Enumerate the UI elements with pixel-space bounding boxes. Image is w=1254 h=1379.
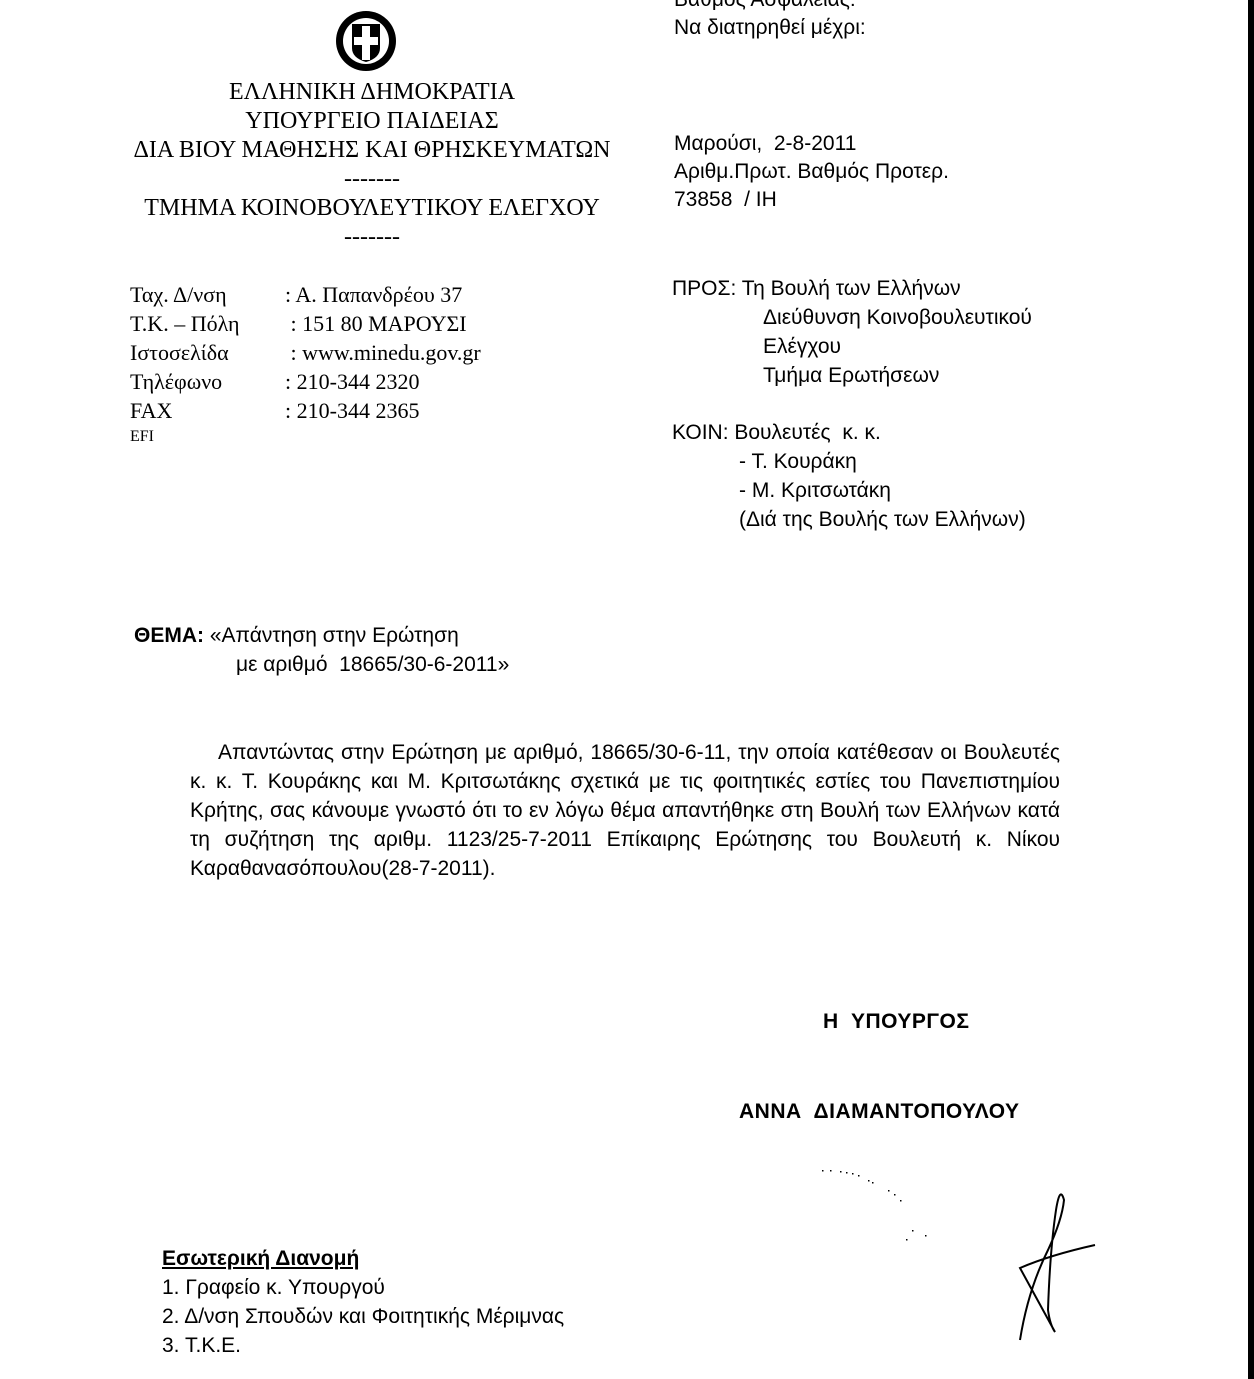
to-line: Ελέγχου — [672, 332, 1032, 361]
subject-line: με αριθμό 18665/30-6-2011» — [134, 650, 509, 679]
recipient-line: ΠΡΟΣ: Τη Βουλή των Ελλήνων — [672, 274, 1032, 303]
body-paragraph: Απαντώντας στην Ερώτηση με αριθμό, 18665… — [190, 738, 1060, 883]
to-label: ΠΡΟΣ: — [672, 277, 736, 300]
cc-line: (Διά της Βουλής των Ελλήνων) — [672, 505, 1026, 534]
contact-label: Τ.Κ. – Πόλη — [130, 309, 285, 338]
cc-line: ΚΟΙΝ: Βουλευτές κ. κ. — [672, 418, 1026, 447]
contact-label: Ταχ. Δ/νση — [130, 280, 285, 309]
contact-row-phone: Τηλέφωνο : 210-344 2320 — [130, 367, 481, 396]
distribution-item: 2. Δ/νση Σπουδών και Φοιτητικής Μέριμνας — [162, 1302, 564, 1331]
security-block: Βαθμός Ασφαλείας: Να διατηρηθεί μέχρι: — [674, 0, 866, 42]
header-separator: ------- — [100, 165, 644, 194]
contact-row-postcode: Τ.Κ. – Πόλη : 151 80 ΜΑΡΟΥΣΙ — [130, 309, 481, 338]
contact-value: : 151 80 ΜΑΡΟΥΣΙ — [285, 309, 467, 338]
contact-value-website: : www.minedu.gov.gr — [285, 338, 481, 367]
to-line: Διεύθυνση Κοινοβουλευτικού — [672, 303, 1032, 332]
cc-line: - Τ. Κουράκη — [672, 447, 1026, 476]
subject-line: «Απάντηση στην Ερώτηση — [210, 624, 459, 647]
cc-line: - Μ. Κριτσωτάκη — [672, 476, 1026, 505]
contact-row-fax: FAX : 210-344 2365 — [130, 396, 481, 425]
protocol-label: Αριθμ.Πρωτ. Βαθμός Προτερ. — [674, 158, 949, 186]
handwritten-signature-icon — [810, 1160, 1120, 1379]
contact-value: : 210-344 2320 — [285, 367, 419, 396]
cc-label: ΚΟΙΝ: — [672, 421, 729, 444]
contact-value: : Α. Παπανδρέου 37 — [285, 280, 462, 309]
distribution-heading: Εσωτερική Διανομή — [162, 1244, 564, 1273]
scan-edge-bar — [1248, 0, 1254, 1379]
header-line-country: ΕΛΛΗΝΙΚΗ ΔΗΜΟΚΡΑΤΙΑ — [100, 78, 644, 107]
place-date: Μαρούσι, 2-8-2011 — [674, 130, 949, 158]
signatory-name: ΑΝΝΑ ΔΙΑΜΑΝΤΟΠΟΥΛΟΥ — [739, 1100, 1019, 1124]
org-header: ΕΛΛΗΝΙΚΗ ΔΗΜΟΚΡΑΤΙΑ ΥΠΟΥΡΓΕΙΟ ΠΑΙΔΕΙΑΣ Δ… — [100, 78, 644, 252]
protocol-number: 73858 / ΙΗ — [674, 186, 949, 214]
contact-row-website: Ιστοσελίδα : www.minedu.gov.gr — [130, 338, 481, 367]
header-department: ΤΜΗΜΑ ΚΟΙΝΟΒΟΥΛΕΥΤΙΚΟΥ ΕΛΕΓΧΟΥ — [100, 194, 644, 223]
cc-block: ΚΟΙΝ: Βουλευτές κ. κ. - Τ. Κουράκη - Μ. … — [672, 418, 1026, 534]
contact-label: Ιστοσελίδα — [130, 338, 285, 367]
to-line: Τη Βουλή των Ελλήνων — [742, 277, 961, 300]
contact-row-address: Ταχ. Δ/νση : Α. Παπανδρέου 37 — [130, 280, 481, 309]
contact-label: FAX — [130, 396, 285, 425]
internal-distribution: Εσωτερική Διανομή 1. Γραφείο κ. Υπουργού… — [162, 1244, 564, 1360]
contact-value: : 210-344 2365 — [285, 396, 419, 425]
header-line-ministry-2: ΔΙΑ ΒΙΟΥ ΜΑΘΗΣΗΣ ΚΑΙ ΘΡΗΣΚΕΥΜΑΤΩΝ — [100, 136, 644, 165]
distribution-item: 3. Τ.Κ.Ε. — [162, 1331, 564, 1360]
greek-coat-of-arms-icon — [333, 8, 399, 74]
cc-line: Βουλευτές κ. κ. — [734, 421, 880, 444]
classification-label: Βαθμός Ασφαλείας: — [674, 0, 866, 14]
contact-details: Ταχ. Δ/νση : Α. Παπανδρέου 37 Τ.Κ. – Πόλ… — [130, 280, 481, 447]
contact-label: Τηλέφωνο — [130, 367, 285, 396]
header-separator-2: ------- — [100, 223, 644, 252]
recipient-block: ΠΡΟΣ: Τη Βουλή των Ελλήνων Διεύθυνση Κοι… — [672, 274, 1032, 390]
reference-block: Μαρούσι, 2-8-2011 Αριθμ.Πρωτ. Βαθμός Προ… — [674, 130, 949, 214]
subject-block: ΘΕΜΑ: «Απάντηση στην Ερώτηση με αριθμό 1… — [134, 621, 509, 679]
signatory-title: Η ΥΠΟΥΡΓΟΣ — [823, 1010, 969, 1034]
distribution-item: 1. Γραφείο κ. Υπουργού — [162, 1273, 564, 1302]
subject-label: ΘΕΜΑ: — [134, 624, 204, 647]
retain-until-label: Να διατηρηθεί μέχρι: — [674, 14, 866, 42]
header-line-ministry: ΥΠΟΥΡΓΕΙΟ ΠΑΙΔΕΙΑΣ — [100, 107, 644, 136]
to-line: Τμήμα Ερωτήσεων — [672, 361, 1032, 390]
initials: EFI — [130, 427, 481, 447]
